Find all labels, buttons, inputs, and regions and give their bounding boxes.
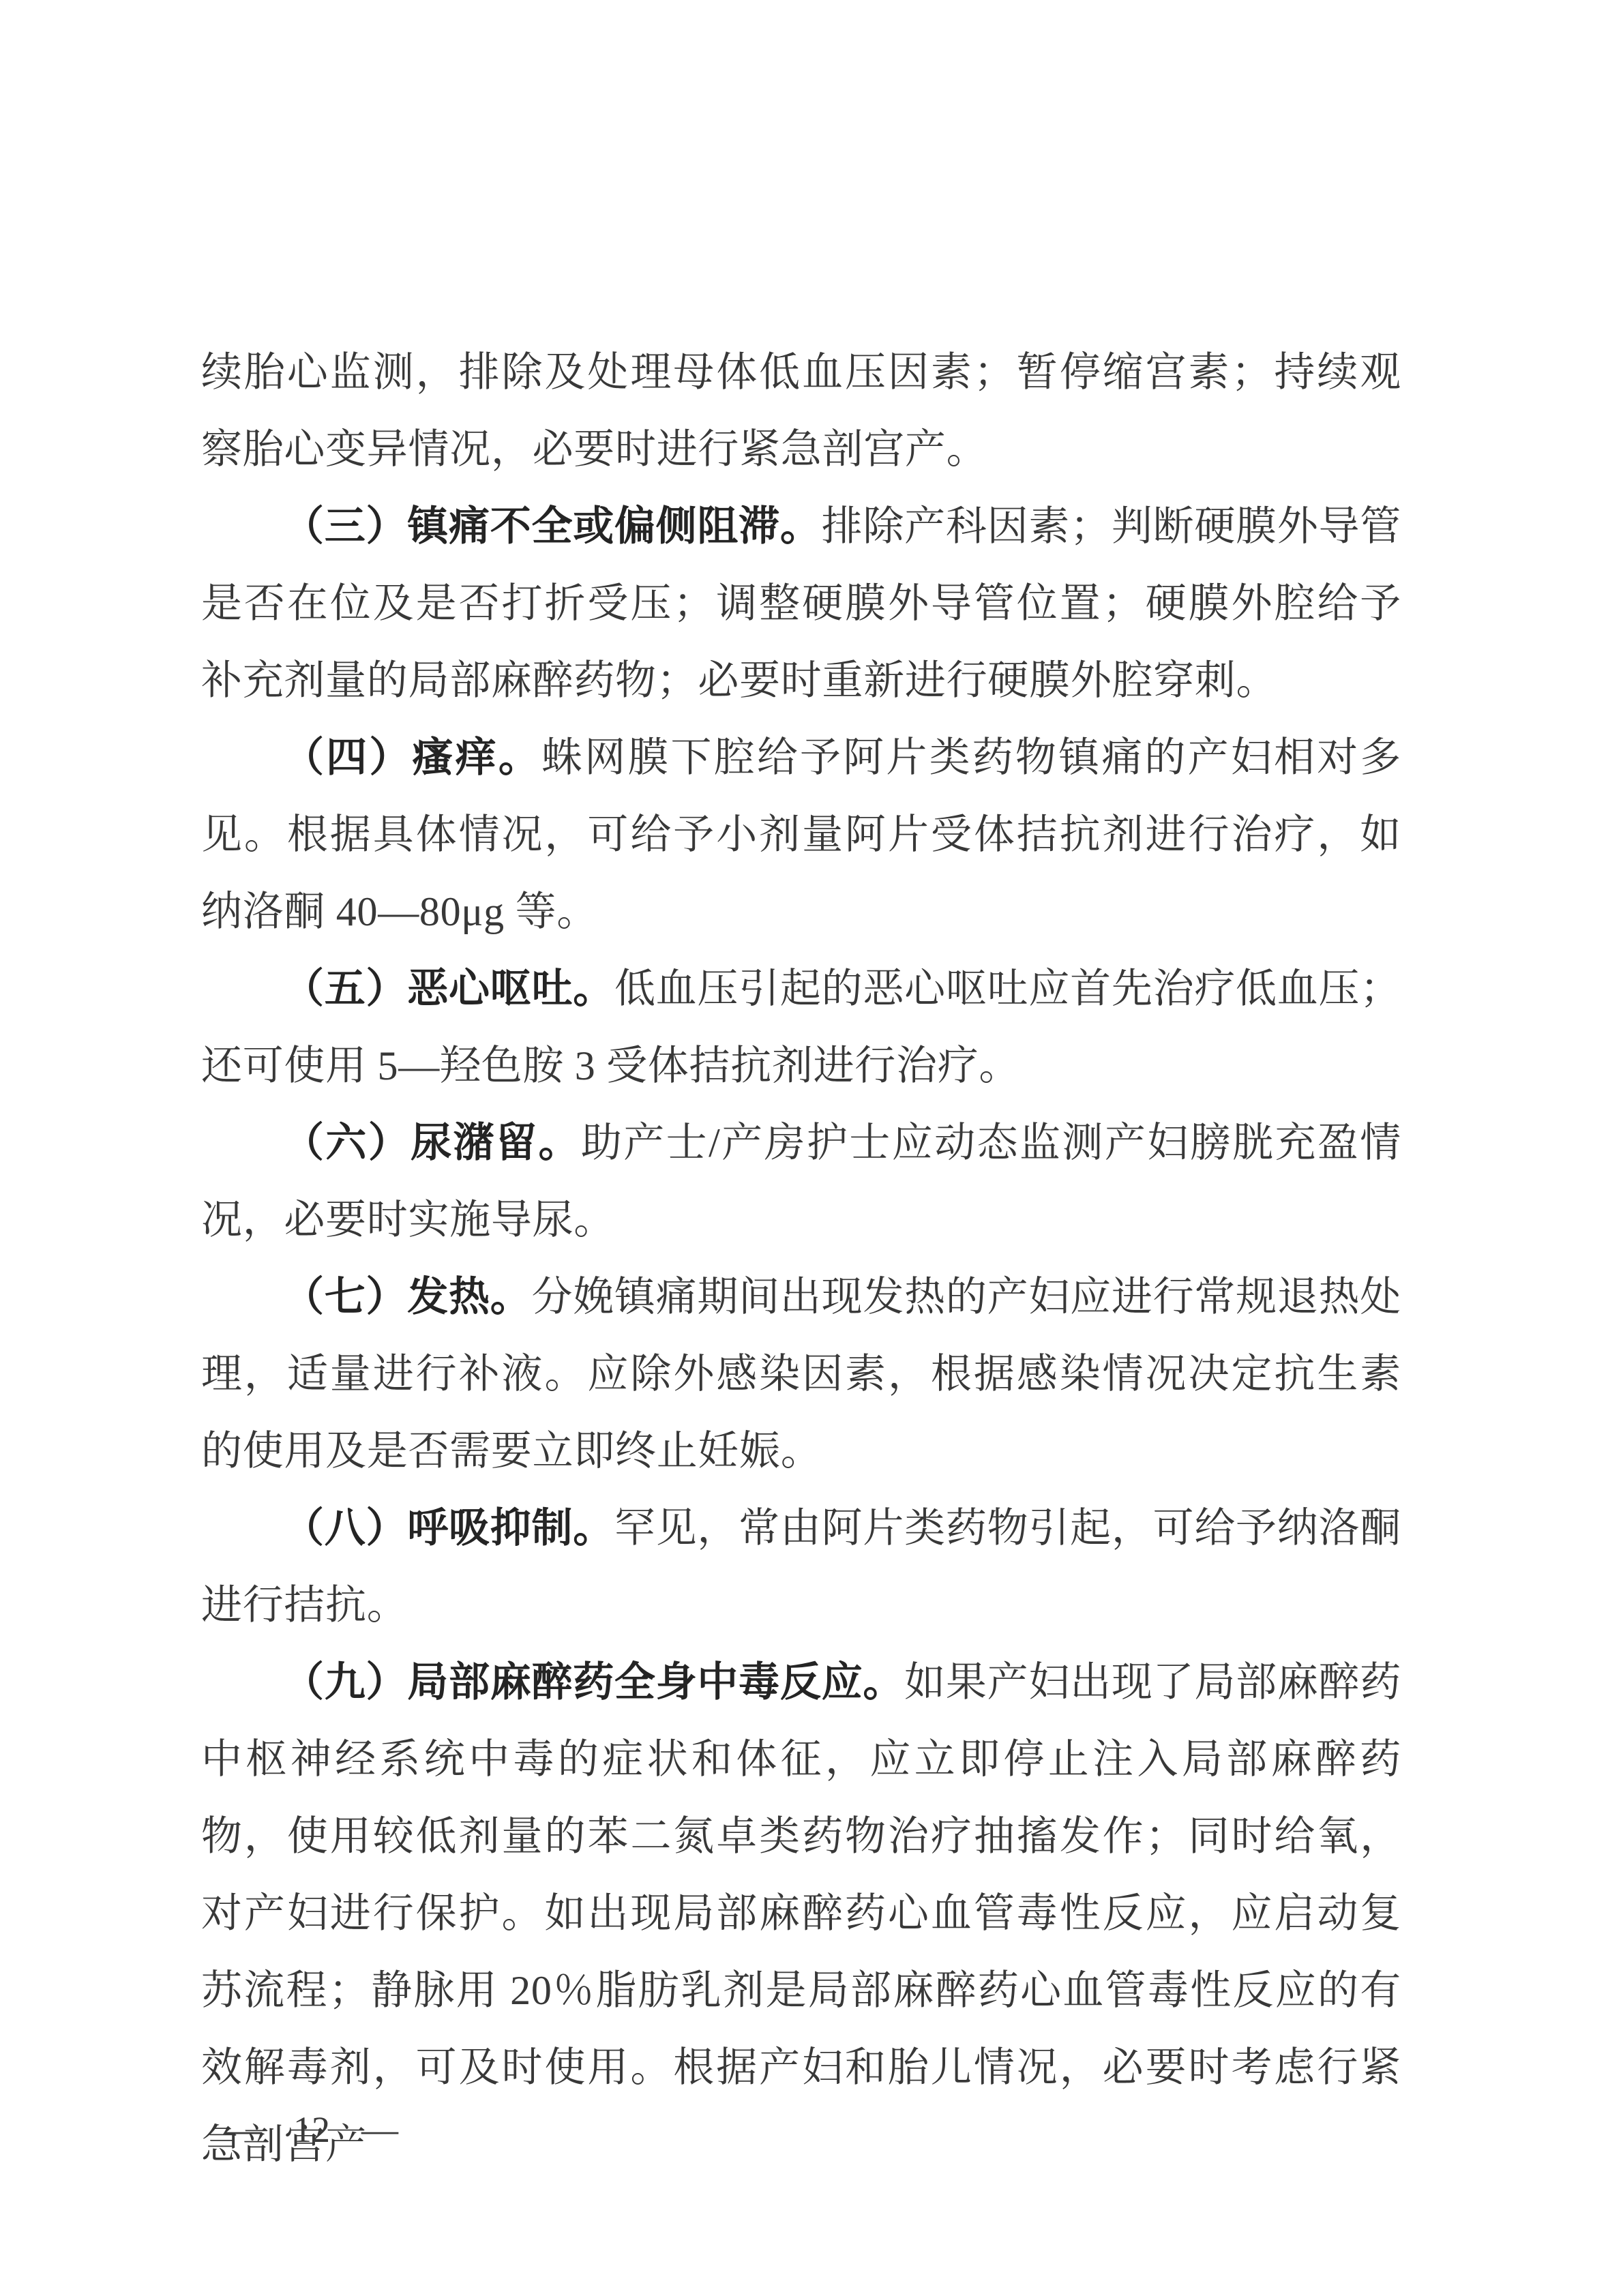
section-heading: （六）尿潴留。 — [283, 1120, 581, 1165]
paragraph: （七）发热。分娩镇痛期间出现发热的产妇应进行常规退热处理，适量进行补液。应除外感… — [201, 1259, 1401, 1490]
paragraph: （四）瘙痒。蛛网膜下腔给予阿片类药物镇痛的产妇相对多见。根据具体情况，可给予小剂… — [201, 719, 1401, 951]
page-footer: — 12 — — [225, 2111, 398, 2148]
paragraph-text: 如果产妇出现了局部麻醉药中枢神经系统中毒的症状和体征，应立即停止注入局部麻醉药物… — [201, 1660, 1401, 2167]
document-body: 续胎心监测，排除及处理母体低血压因素；暂停缩宫素；持续观察胎心变异情况，必要时进… — [201, 334, 1401, 2183]
paragraph: （五）恶心呕吐。低血压引起的恶心呕吐应首先治疗低血压；还可使用 5—羟色胺 3 … — [201, 951, 1401, 1105]
section-heading: （三）镇痛不全或偏侧阻滞。 — [283, 504, 822, 549]
section-heading: （七）发热。 — [283, 1274, 531, 1320]
paragraph: （三）镇痛不全或偏侧阻滞。排除产科因素；判断硬膜外导管是否在位及是否打折受压；调… — [201, 488, 1401, 719]
paragraph: 续胎心监测，排除及处理母体低血压因素；暂停缩宫素；持续观察胎心变异情况，必要时进… — [201, 334, 1401, 488]
paragraph-text: 续胎心监测，排除及处理母体低血压因素；暂停缩宫素；持续观察胎心变异情况，必要时进… — [201, 350, 1401, 472]
section-heading: （九）局部麻醉药全身中毒反应。 — [283, 1660, 904, 1705]
section-heading: （八）呼吸抑制。 — [283, 1506, 614, 1551]
footer-dash-left: — — [225, 2111, 262, 2148]
footer-dash-right: — — [361, 2111, 398, 2148]
paragraph: （六）尿潴留。助产士/产房护士应动态监测产妇膀胱充盈情况，必要时实施导尿。 — [201, 1105, 1401, 1259]
paragraph: （八）呼吸抑制。罕见，常由阿片类药物引起，可给予纳洛酮进行拮抗。 — [201, 1490, 1401, 1644]
scanned-document-page: 续胎心监测，排除及处理母体低血压因素；暂停缩宫素；持续观察胎心变异情况，必要时进… — [0, 0, 1623, 2296]
page-number: 12 — [293, 2111, 330, 2148]
paragraph: （九）局部麻醉药全身中毒反应。如果产妇出现了局部麻醉药中枢神经系统中毒的症状和体… — [201, 1644, 1401, 2183]
section-heading: （四）瘙痒。 — [283, 735, 541, 780]
section-heading: （五）恶心呕吐。 — [283, 966, 614, 1011]
